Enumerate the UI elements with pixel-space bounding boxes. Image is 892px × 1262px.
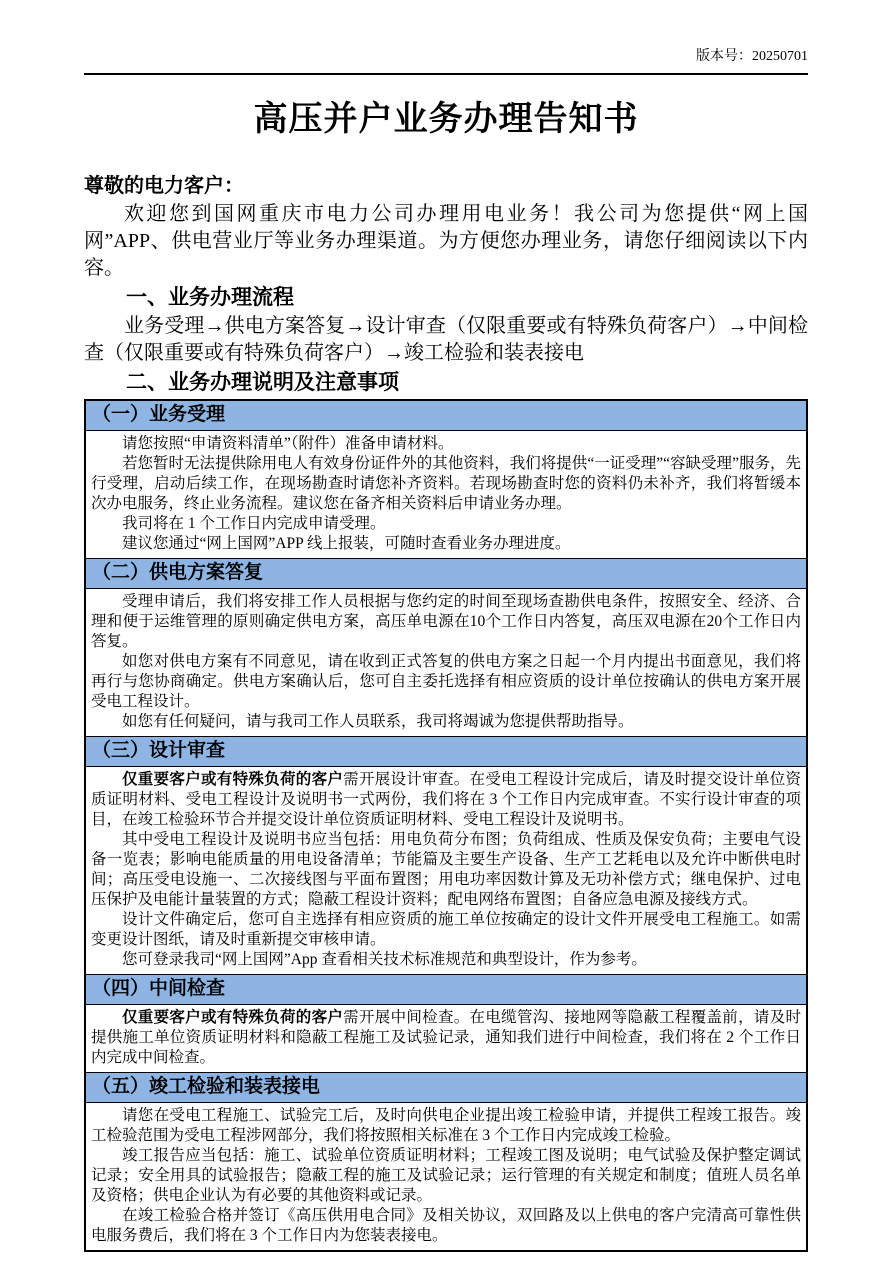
section-business-acceptance-header: （一）业务受理 xyxy=(86,401,806,431)
lead-bold-text: 仅重要客户或有特殊负荷的客户 xyxy=(122,771,343,788)
section-design-review-header: （三）设计审查 xyxy=(86,736,806,767)
paragraph: 受理申请后，我们将安排工作人员根据与您约定的时间至现场查勘供电条件，按照安全、经… xyxy=(91,592,801,652)
lead-paragraph: 仅重要客户或有特殊负荷的客户需开展设计审查。在受电工程设计完成后，请及时提交设计… xyxy=(91,770,801,830)
section-supply-plan-reply: （二）供电方案答复 受理申请后，我们将安排工作人员根据与您约定的时间至现场查勘供… xyxy=(86,558,806,736)
section-completion-inspection: （五）竣工检验和装表接电 请您在受电工程施工、试验完工后，及时向供电企业提出竣工… xyxy=(86,1072,806,1250)
paragraph: 其中受电工程设计及说明书应当包括：用电负荷分布图；负荷组成、性质及保安负荷；主要… xyxy=(91,830,801,910)
paragraph: 请您按照“申请资料清单”（附件）准备申请材料。 xyxy=(91,434,801,454)
sections-table: （一）业务受理 请您按照“申请资料清单”（附件）准备申请材料。 若您暂时无法提供… xyxy=(84,399,808,1252)
paragraph: 设计文件确定后，您可自主选择有相应资质的施工单位按确定的设计文件开展受电工程施工… xyxy=(91,910,801,950)
heading-notes: 二、业务办理说明及注意事项 xyxy=(84,370,808,396)
intro-paragraph: 欢迎您到国网重庆市电力公司办理用电业务！我公司为您提供“网上国网”APP、供电营… xyxy=(84,201,808,282)
document-page: 版本号：20250701 高压并户业务办理告知书 尊敬的电力客户： 欢迎您到国网… xyxy=(0,0,892,1262)
section-title: （一）业务受理 xyxy=(92,404,225,425)
paragraph: 您可登录我司“网上国网”App 查看相关技术标准规范和典型设计，作为参考。 xyxy=(91,950,801,970)
section-content: 请您在受电工程施工、试验完工后，及时向供电企业提出竣工检验申请，并提供工程竣工报… xyxy=(86,1103,806,1250)
section-completion-inspection-header: （五）竣工检验和装表接电 xyxy=(86,1072,806,1103)
section-content: 受理申请后，我们将安排工作人员根据与您约定的时间至现场查勘供电条件，按照安全、经… xyxy=(86,589,806,736)
section-title: （五）竣工检验和装表接电 xyxy=(92,1076,320,1097)
salutation: 尊敬的电力客户： xyxy=(84,173,808,199)
version-row: 版本号：20250701 xyxy=(84,48,808,75)
lead-bold-text: 仅重要客户或有特殊负荷的客户 xyxy=(122,1009,343,1026)
section-title: （三）设计审查 xyxy=(92,740,225,761)
paragraph: 在竣工检验合格并签订《高压供用电合同》及相关协议，双回路及以上供电的客户完清高可… xyxy=(91,1206,801,1246)
section-supply-plan-reply-header: （二）供电方案答复 xyxy=(86,558,806,589)
section-title: （四）中间检查 xyxy=(92,978,225,999)
paragraph: 竣工报告应当包括：施工、试验单位资质证明材料；工程竣工图及说明；电气试验及保护整… xyxy=(91,1146,801,1206)
section-content: 仅重要客户或有特殊负荷的客户需开展中间检查。在电缆管沟、接地网等隐蔽工程覆盖前，… xyxy=(86,1005,806,1072)
heading-process-flow: 一、业务办理流程 xyxy=(84,285,808,311)
section-content: 仅重要客户或有特殊负荷的客户需开展设计审查。在受电工程设计完成后，请及时提交设计… xyxy=(86,767,806,974)
section-interim-inspection: （四）中间检查 仅重要客户或有特殊负荷的客户需开展中间检查。在电缆管沟、接地网等… xyxy=(86,974,806,1072)
lead-paragraph: 仅重要客户或有特殊负荷的客户需开展中间检查。在电缆管沟、接地网等隐蔽工程覆盖前，… xyxy=(91,1008,801,1068)
paragraph: 我司将在 1 个工作日内完成申请受理。 xyxy=(91,514,801,534)
paragraph: 请您在受电工程施工、试验完工后，及时向供电企业提出竣工检验申请，并提供工程竣工报… xyxy=(91,1106,801,1146)
document-title: 高压并户业务办理告知书 xyxy=(84,99,808,141)
paragraph: 若您暂时无法提供除用电人有效身份证件外的其他资料，我们将提供“一证受理”“容缺受… xyxy=(91,454,801,514)
paragraph: 建议您通过“网上国网”APP 线上报装，可随时查看业务办理进度。 xyxy=(91,534,801,554)
paragraph: 如您有任何疑问，请与我司工作人员联系，我司将竭诚为您提供帮助指导。 xyxy=(91,712,801,732)
section-interim-inspection-header: （四）中间检查 xyxy=(86,974,806,1005)
paragraph: 如您对供电方案有不同意见，请在收到正式答复的供电方案之日起一个月内提出书面意见，… xyxy=(91,652,801,712)
process-flow-text: 业务受理→供电方案答复→设计审查（仅限重要或有特殊负荷客户）→中间检查（仅限重要… xyxy=(84,313,808,367)
section-business-acceptance: （一）业务受理 请您按照“申请资料清单”（附件）准备申请材料。 若您暂时无法提供… xyxy=(86,401,806,558)
version-label: 版本号：20250701 xyxy=(696,49,808,64)
section-content: 请您按照“申请资料清单”（附件）准备申请材料。 若您暂时无法提供除用电人有效身份… xyxy=(86,431,806,558)
section-title: （二）供电方案答复 xyxy=(92,562,263,583)
section-design-review: （三）设计审查 仅重要客户或有特殊负荷的客户需开展设计审查。在受电工程设计完成后… xyxy=(86,736,806,974)
